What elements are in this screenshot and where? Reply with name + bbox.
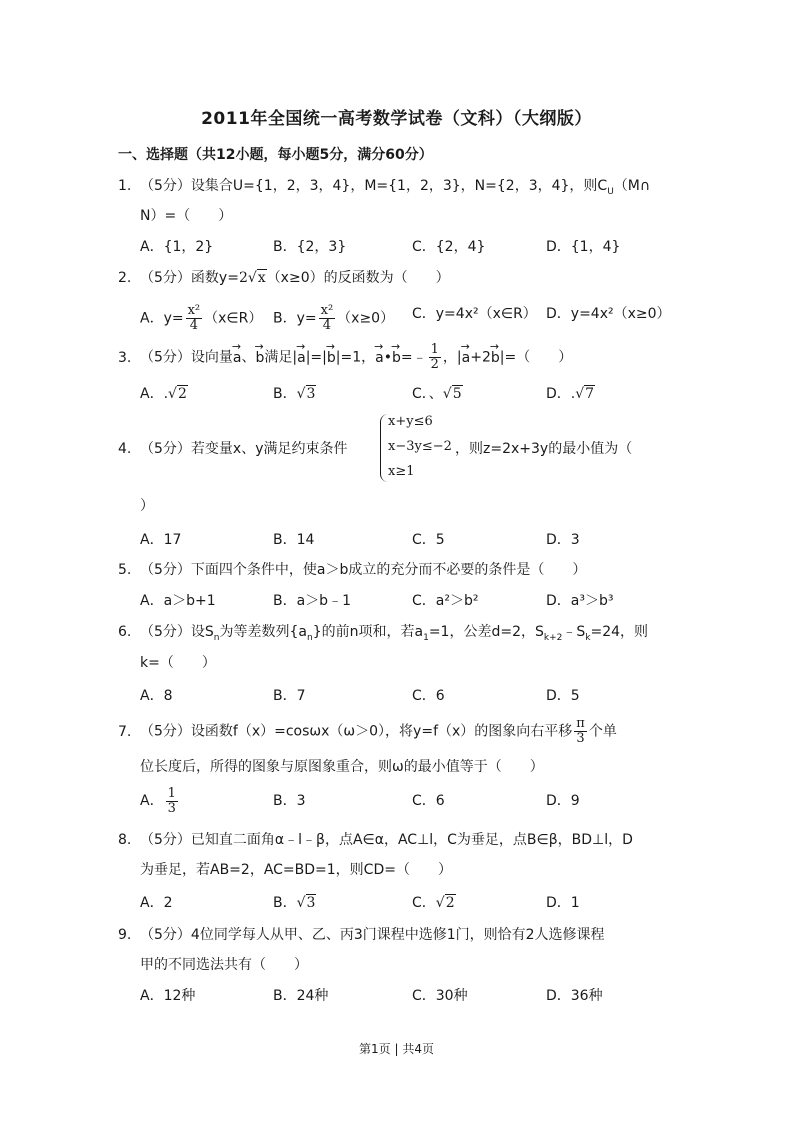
question-number: 8.	[118, 830, 140, 850]
sqrt-expression: √3	[297, 385, 317, 402]
stem-text: （5分）设S	[140, 624, 214, 640]
stem-text: （5分）4位同学每人从甲、乙、丙3门课程中选修1门，则恰有2人选修课程	[140, 927, 605, 943]
stem-text: （x≥0）的反函数为（ ）	[267, 270, 450, 286]
option-text: D．.	[546, 386, 575, 402]
option-c[interactable]: C．、√5	[412, 384, 463, 404]
vector-b: b	[491, 348, 500, 368]
option-a[interactable]: A．2	[140, 893, 172, 913]
vector-b: b	[327, 348, 336, 368]
option-b[interactable]: B．3	[273, 791, 306, 811]
sqrt-expression: 2√x	[239, 269, 267, 286]
option-text: C．	[412, 895, 436, 911]
question-9-stem: 9.（5分）4位同学每人从甲、乙、丙3门课程中选修1门，则恰有2人选修课程	[118, 925, 605, 945]
option-a[interactable]: A．a＞b+1	[140, 591, 216, 611]
question-number: 4.	[118, 439, 140, 459]
stem-text: （5分）设集合U={1，2，3，4}，M={1，2，3}，N={2，3，4}，则…	[140, 178, 607, 194]
sqrt-expression: √5	[443, 385, 463, 402]
stem-text: （5分）设向量	[140, 350, 233, 366]
stem-text: +2	[470, 350, 491, 366]
question-3-stem: 3.（5分）设向量a、b满足|a|=|b|=1，a•b=﹣12，|a+2b|=（…	[118, 343, 572, 372]
vector-b: b	[392, 348, 401, 368]
question-9-options: A．12种 B．24种 C．30种 D．36种	[140, 986, 680, 1008]
vector-a: a	[297, 348, 306, 368]
option-c[interactable]: C．6	[412, 686, 445, 706]
denominator: 4	[323, 319, 331, 333]
coefficient: 2	[239, 270, 248, 286]
question-7-options: A．13 B．3 C．6 D．9	[140, 791, 680, 813]
option-text: A．y=	[140, 311, 184, 327]
stem-text: 为等差数列{a	[220, 624, 308, 640]
option-d[interactable]: D．1	[546, 893, 580, 913]
option-text: B．y=	[273, 311, 317, 327]
subscript: U	[607, 187, 614, 197]
sqrt-icon: √	[297, 895, 306, 911]
numerator: π	[574, 717, 587, 732]
option-d[interactable]: D．9	[546, 791, 580, 811]
question-1-stem: 1.（5分）设集合U={1，2，3，4}，M={1，2，3}，N={2，3，4}…	[118, 176, 650, 202]
denominator: 2	[431, 358, 439, 372]
radicand: 5	[452, 385, 463, 402]
question-3-options: A．.√2 B．√3 C．、√5 D．.√7	[140, 384, 680, 406]
option-b[interactable]: B．{2，3}	[273, 237, 346, 257]
stem-text: |=|	[306, 350, 327, 366]
stem-text: （5分）已知直二面角α﹣l﹣β，点A∈α，AC⊥l，C为垂足，点B∈β，BD⊥l…	[140, 832, 633, 848]
stem-text: =1，公差d=2，S	[429, 624, 544, 640]
question-7-stem: 7.（5分）设函数f（x）=cosωx（ω＞0），将y=f（x）的图象向右平移π…	[118, 717, 617, 746]
vector-a: a	[375, 348, 384, 368]
question-2-options: A．y=x²4（x∈R） B．y=x²4（x≥0） C．y=4x²（x∈R） D…	[140, 298, 680, 334]
option-d[interactable]: D．y=4x²（x≥0）	[546, 304, 671, 324]
radicand: 2	[177, 385, 188, 402]
sqrt-icon: √	[248, 270, 257, 286]
stem-text: 个单	[589, 724, 617, 740]
option-c[interactable]: C．5	[412, 530, 445, 550]
question-6-options: A．8 B．7 C．6 D．5	[140, 686, 680, 708]
option-d[interactable]: D．3	[546, 530, 580, 550]
page-footer: 第1页 | 共4页	[0, 1040, 793, 1057]
question-number: 3.	[118, 348, 140, 368]
sqrt-expression: √3	[297, 894, 317, 911]
radicand: x	[257, 269, 267, 286]
stem-text: =24，则	[590, 624, 648, 640]
question-8-stem-cont: 为垂足，若AB=2，AC=BD=1，则CD=（ ）	[140, 860, 452, 880]
fraction: π3	[574, 717, 587, 746]
section-heading: 一、选择题（共12小题，每小题5分，满分60分）	[118, 144, 433, 164]
question-4-stem: 4.（5分）若变量x、y满足约束条件	[118, 439, 347, 459]
option-c[interactable]: C．6	[412, 791, 445, 811]
option-c[interactable]: C．{2，4}	[412, 237, 485, 257]
option-c[interactable]: C．a²＞b²	[412, 591, 478, 611]
question-2-stem: 2.（5分）函数y=2√x（x≥0）的反函数为（ ）	[118, 268, 450, 288]
denominator: 3	[576, 732, 584, 746]
stem-text: （5分）下面四个条件中，使a＞b成立的充分而不必要的条件是（ ）	[140, 562, 586, 578]
sqrt-expression: √2	[168, 385, 188, 402]
option-d[interactable]: D．36种	[546, 986, 603, 1006]
question-number: 7.	[118, 722, 140, 742]
option-a[interactable]: A．.√2	[140, 384, 188, 404]
subscript: k+2	[544, 633, 562, 643]
sqrt-expression: √7	[575, 385, 595, 402]
option-text: C．、	[412, 386, 443, 402]
stem-text: 、	[242, 350, 256, 366]
option-b[interactable]: B．√3	[273, 893, 316, 913]
option-d[interactable]: D．.√7	[546, 384, 595, 404]
fraction: 12	[429, 343, 441, 372]
question-6-stem: 6.（5分）设Sn为等差数列{an}的前n项和，若a1=1，公差d=2，Sk+2…	[118, 622, 648, 648]
question-8-options: A．2 B．√3 C．√2 D．1	[140, 893, 680, 915]
option-c[interactable]: C．y=4x²（x∈R）	[412, 304, 537, 324]
option-text: B．	[273, 895, 297, 911]
question-8-stem: 8.（5分）已知直二面角α﹣l﹣β，点A∈α，AC⊥l，C为垂足，点B∈β，BD…	[118, 830, 633, 850]
option-b[interactable]: B．a＞b﹣1	[273, 591, 351, 611]
option-d[interactable]: D．5	[546, 686, 580, 706]
option-a[interactable]: A．{1，2}	[140, 237, 213, 257]
radicand: 3	[306, 894, 317, 911]
sqrt-icon: √	[436, 895, 445, 911]
question-4-stem-tail: ，则z=2x+3y的最小值为（	[455, 439, 632, 459]
question-1-options: A．{1，2} B．{2，3} C．{2，4} D．{1，4}	[140, 237, 680, 259]
stem-text: （M∩	[614, 178, 650, 194]
option-text: A．	[140, 793, 164, 809]
vector-a: a	[233, 348, 242, 368]
denominator: 4	[190, 319, 198, 333]
stem-text: ﹣S	[562, 624, 585, 640]
page-title: 2011年全国统一高考数学试卷（文科）（大纲版）	[0, 104, 793, 129]
numerator: x²	[319, 304, 336, 319]
stem-text: =﹣	[401, 350, 427, 366]
option-text: B．	[273, 386, 297, 402]
option-c[interactable]: C．√2	[412, 893, 456, 913]
question-1-stem-cont: N）=（ ）	[140, 206, 232, 226]
constraint-2: x−3y≤−2	[388, 439, 452, 454]
numerator: 1	[166, 787, 178, 802]
numerator: 1	[429, 343, 441, 358]
stem-text: 满足|	[264, 350, 297, 366]
question-6-stem-cont: k=（ ）	[140, 653, 216, 673]
question-4-stem-cont: ）	[140, 496, 154, 516]
option-a[interactable]: A．8	[140, 686, 172, 706]
radicand: 2	[445, 894, 456, 911]
stem-text: ，|	[443, 350, 462, 366]
stem-text: }的前n项和，若a	[313, 624, 423, 640]
option-text: A．.	[140, 386, 168, 402]
sqrt-icon: √	[297, 386, 306, 402]
option-a[interactable]: A．17	[140, 530, 181, 550]
denominator: 3	[168, 802, 176, 816]
question-number: 2.	[118, 268, 140, 288]
question-5-options: A．a＞b+1 B．a＞b﹣1 C．a²＞b² D．a³＞b³	[140, 591, 680, 613]
option-b[interactable]: B．24种	[273, 986, 328, 1006]
option-b[interactable]: B．y=x²4（x≥0）	[273, 304, 394, 333]
exam-page: 2011年全国统一高考数学试卷（文科）（大纲版） 一、选择题（共12小题，每小题…	[0, 0, 793, 1122]
stem-text: |=（ ）	[500, 350, 572, 366]
option-a[interactable]: A．12种	[140, 986, 195, 1006]
option-a[interactable]: A．y=x²4（x∈R）	[140, 304, 262, 333]
option-b[interactable]: B．14	[273, 530, 314, 550]
stem-text: （5分）函数y=	[140, 270, 239, 286]
option-d[interactable]: D．{1，4}	[546, 237, 620, 257]
question-number: 5.	[118, 560, 140, 580]
stem-text: |=1，	[336, 350, 375, 366]
vector-a: a	[462, 348, 471, 368]
option-text: （x∈R）	[204, 311, 262, 327]
question-5-stem: 5.（5分）下面四个条件中，使a＞b成立的充分而不必要的条件是（ ）	[118, 560, 586, 580]
question-9-stem-cont: 甲的不同选法共有（ ）	[140, 955, 308, 975]
vector-b: b	[256, 348, 265, 368]
radicand: 3	[306, 385, 317, 402]
sqrt-icon: √	[168, 386, 177, 402]
stem-text: （5分）若变量x、y满足约束条件	[140, 441, 347, 457]
sqrt-expression: √2	[436, 894, 456, 911]
sqrt-icon: √	[575, 386, 584, 402]
option-b[interactable]: B．7	[273, 686, 306, 706]
stem-text: （5分）设函数f（x）=cosωx（ω＞0），将y=f（x）的图象向右平移	[140, 724, 572, 740]
fraction: x²4	[186, 304, 203, 333]
fraction: x²4	[319, 304, 336, 333]
constraint-1: x+y≤6	[388, 414, 433, 429]
radicand: 7	[584, 385, 595, 402]
constraint-3: x≥1	[388, 464, 415, 479]
question-4-options: A．17 B．14 C．5 D．3	[140, 530, 680, 552]
question-number: 6.	[118, 622, 140, 642]
option-b[interactable]: B．√3	[273, 384, 316, 404]
option-d[interactable]: D．a³＞b³	[546, 591, 613, 611]
option-c[interactable]: C．30种	[412, 986, 468, 1006]
numerator: x²	[186, 304, 203, 319]
question-number: 1.	[118, 176, 140, 196]
sqrt-icon: √	[443, 386, 452, 402]
option-text: （x≥0）	[337, 311, 394, 327]
option-a[interactable]: A．13	[140, 791, 180, 816]
question-number: 9.	[118, 925, 140, 945]
fraction: 13	[166, 787, 178, 816]
question-7-stem-cont: 位长度后，所得的图象与原图象重合，则ω的最小值等于（ ）	[140, 757, 544, 777]
